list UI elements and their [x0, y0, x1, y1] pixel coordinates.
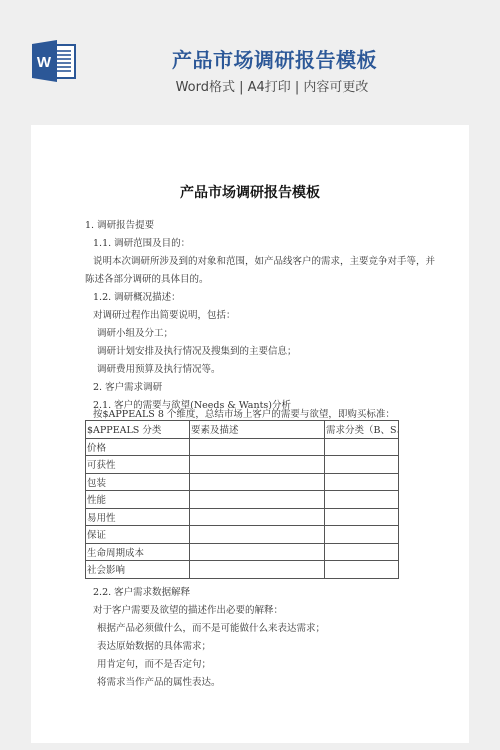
table-cell	[325, 508, 399, 526]
subsection-heading: 1.1. 调研范围及目的：	[93, 235, 190, 249]
table-row: 易用性	[86, 508, 399, 526]
appeals-table: $APPEALS 分类 要素及描述 需求分类（B、S、A） 价格 可获性 包装 …	[85, 420, 399, 579]
table-row: 保证	[86, 526, 399, 544]
table-row: 性能	[86, 491, 399, 509]
subsection-heading: 1.2. 调研概况描述：	[93, 289, 181, 303]
table-cell	[190, 526, 325, 544]
table-row: 社会影响	[86, 561, 399, 579]
paragraph-text: 按$APPEALS 8 个维度，总结市场上客户的需要与欲望，即购买标准：	[93, 406, 395, 420]
table-cell	[325, 456, 399, 474]
section-heading: 1. 调研报告提要	[85, 217, 154, 231]
list-item: 表达原始数据的具体需求；	[97, 638, 211, 652]
table-cell	[190, 438, 325, 456]
table-cell: 生命周期成本	[86, 543, 190, 561]
list-item: 将需求当作产品的属性表达。	[97, 674, 221, 688]
paragraph-text: 对调研过程作出简要说明，包括：	[93, 307, 236, 321]
table-header-cell: 要素及描述	[190, 421, 325, 439]
table-cell	[325, 473, 399, 491]
paragraph-text: 说明本次调研所涉及到的对象和范围，如产品线客户的需求，主要竞争对手等，并	[93, 253, 435, 267]
list-item: 用肯定句，而不是否定句；	[97, 656, 211, 670]
list-item: 根据产品必须做什么，而不是可能做什么来表达需求；	[97, 620, 325, 634]
table-row: 包装	[86, 473, 399, 491]
paragraph-text: 陈述各部分调研的具体目的。	[85, 271, 209, 285]
table-header-row: $APPEALS 分类 要素及描述 需求分类（B、S、A）	[86, 421, 399, 439]
table-cell: 可获性	[86, 456, 190, 474]
section-heading: 2. 客户需求调研	[93, 379, 162, 393]
table-cell	[325, 543, 399, 561]
table-cell	[190, 473, 325, 491]
list-item: 调研计划安排及执行情况及搜集到的主要信息；	[97, 343, 297, 357]
table-row: 生命周期成本	[86, 543, 399, 561]
list-item: 调研费用预算及执行情况等。	[97, 361, 221, 375]
list-item: 调研小组及分工；	[97, 325, 173, 339]
table-cell: 社会影响	[86, 561, 190, 579]
table-cell	[325, 561, 399, 579]
table-cell: 保证	[86, 526, 190, 544]
table-cell: 价格	[86, 438, 190, 456]
subsection-heading: 2.2. 客户需求数据解释	[93, 584, 190, 598]
table-cell: 易用性	[86, 508, 190, 526]
table-cell: 性能	[86, 491, 190, 509]
table-cell	[190, 508, 325, 526]
table-cell: 包装	[86, 473, 190, 491]
table-row: 价格	[86, 438, 399, 456]
table-cell	[190, 456, 325, 474]
header-subtitle: Word格式 | A4打印 | 内容可更改	[172, 76, 372, 95]
table-cell	[325, 526, 399, 544]
table-row: 可获性	[86, 456, 399, 474]
table-cell	[190, 561, 325, 579]
paragraph-text: 对于客户需要及欲望的描述作出必要的解释：	[93, 602, 283, 616]
header-title: 产品市场调研报告模板	[172, 44, 372, 73]
table-cell	[190, 491, 325, 509]
word-icon: W	[31, 40, 77, 82]
header: W 产品市场调研报告模板 Word格式 | A4打印 | 内容可更改	[0, 0, 500, 125]
svg-text:W: W	[37, 54, 52, 71]
table-cell	[325, 491, 399, 509]
table-cell	[325, 438, 399, 456]
document-title: 产品市场调研报告模板	[31, 182, 469, 202]
table-cell	[190, 543, 325, 561]
table-header-cell: 需求分类（B、S、A）	[325, 421, 399, 439]
document-page: 产品市场调研报告模板 1. 调研报告提要 1.1. 调研范围及目的： 说明本次调…	[31, 125, 469, 743]
table-header-cell: $APPEALS 分类	[86, 421, 190, 439]
